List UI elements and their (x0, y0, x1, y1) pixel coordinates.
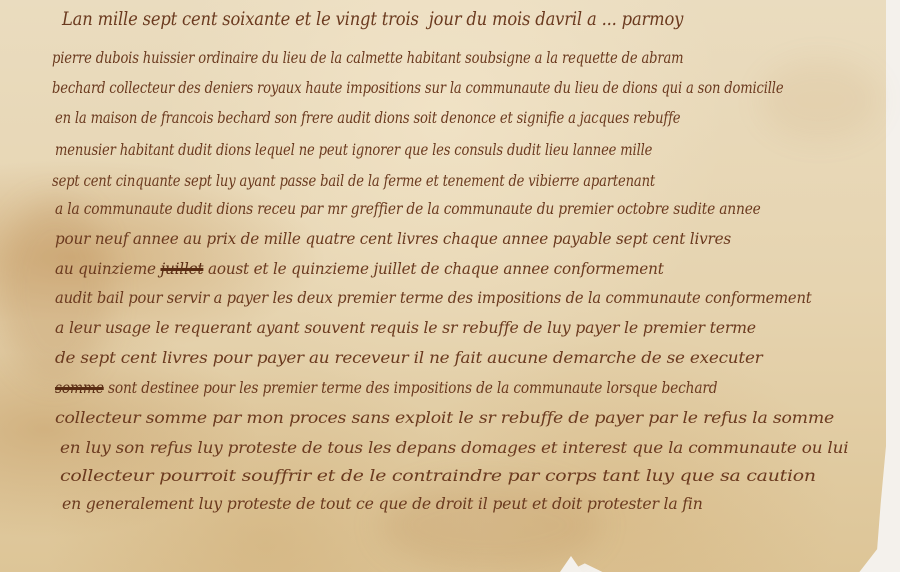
text-line-11: a leur usage le requerant ayant souvent … (55, 318, 900, 337)
text-line-12: de sept cent livres pour payer au receve… (55, 348, 900, 367)
text-line-7: a la communaute dudit dions receu par mr… (55, 199, 900, 218)
text-line-8: pour neuf annee au prix de mille quatre … (55, 229, 900, 248)
text-line-16: collecteur pourroit souffrir et de le co… (60, 466, 900, 485)
text-line-9: au quinzieme juillet aoust et le quinzie… (55, 259, 900, 278)
struck-word: somme (55, 378, 104, 397)
text-line-1: Lan mille sept cent soixante et le vingt… (62, 8, 900, 30)
text-line-3: bechard collecteur des deniers royaux ha… (52, 78, 900, 97)
struck-word: juillet (160, 259, 203, 278)
text-line-13: somme sont destinee pour les premier ter… (55, 378, 900, 397)
text-line-6: sept cent cinquante sept luy ayant passe… (52, 171, 900, 190)
text-line-4: en la maison de francois bechard son fre… (55, 108, 900, 127)
text-line-17: en generalement luy proteste de tout ce … (62, 494, 900, 513)
text-line-10: audit bail pour servir a payer les deux … (55, 288, 900, 307)
text-line-15: en luy son refus luy proteste de tous le… (60, 438, 900, 457)
text-line-14: collecteur somme par mon proces sans exp… (55, 408, 900, 427)
water-stain (760, 60, 880, 140)
text-line-2: pierre dubois huissier ordinaire du lieu… (52, 48, 900, 67)
text-line-5: menusier habitant dudit dions lequel ne … (55, 140, 900, 159)
